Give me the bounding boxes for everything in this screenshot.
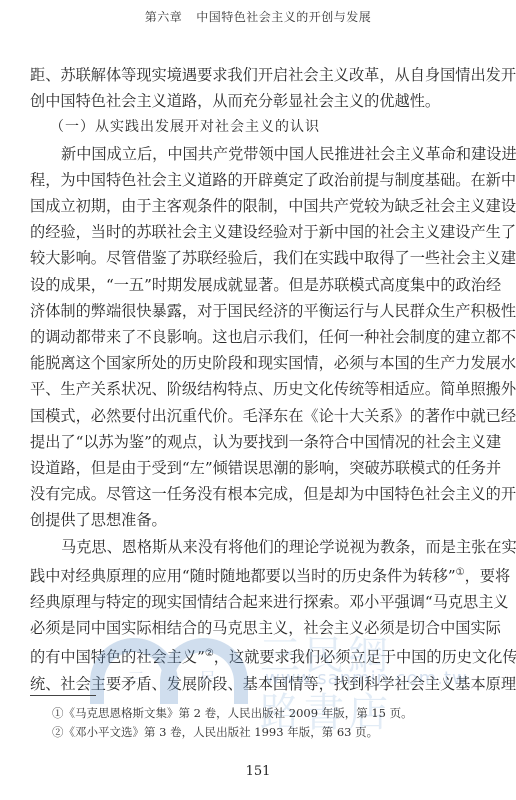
text-line: 较大影响。尽管借鉴了苏联经验后，我们在实践中取得了一些社会主义建 bbox=[30, 245, 480, 271]
text-line: 的有中国特色的社会主义”②，这就要求我们必须立足于中国的历史文化传 bbox=[30, 641, 480, 670]
text-run: 的有中国特色的社会主义” bbox=[30, 648, 205, 666]
chapter-title: 中国特色社会主义的开创与发展 bbox=[196, 10, 371, 24]
paragraph-1: 距、苏联解体等现实境遇要求我们开启社会主义改革，从自身国情出发开 创中国特色社会… bbox=[30, 62, 480, 114]
footnotes: ①《马克思恩格斯文集》第 2 卷，人民出版社 2009 年版，第 15 页。 ②… bbox=[52, 704, 413, 742]
text-line: 的经验，当时的苏联社会主义建设经验对于新中国的社会主义建设产生了 bbox=[30, 219, 480, 245]
footnote-2: ②《邓小平文选》第 3 卷，人民出版社 1993 年版，第 63 页。 bbox=[52, 723, 413, 742]
text-line: 能脱离这个国家所处的历史阶段和现实国情，必须与本国的生产力发展水 bbox=[30, 350, 480, 376]
text-line: 设的成果，“一五”时期发展成就显著。但是苏联模式高度集中的政治经 bbox=[30, 272, 480, 298]
body-text: 距、苏联解体等现实境遇要求我们开启社会主义改革，从自身国情出发开 创中国特色社会… bbox=[30, 62, 480, 697]
text-line: 统、社会主要矛盾、发展阶段、基本国情等，找到科学社会主义基本原理 bbox=[30, 671, 480, 697]
text-line: 必须是同中国实际相结合的马克思主义，社会主义必须是切合中国实际 bbox=[30, 615, 480, 641]
footnote-ref-1[interactable]: ① bbox=[456, 567, 465, 578]
text-line: 马克思、恩格斯从来没有将他们的理论学说视为教条，而是主张在实 bbox=[30, 534, 480, 560]
text-line: 经典原理与特定的现实国情结合起来进行探索。邓小平强调“马克思主义 bbox=[30, 589, 480, 615]
footnote-ref-2[interactable]: ② bbox=[205, 648, 214, 659]
text-line: 的调动都带来了不良影响。这也启示我们，任何一种社会制度的建立都不 bbox=[30, 324, 480, 350]
text-line: 创中国特色社会主义道路，从而充分彰显社会主义的优越性。 bbox=[30, 88, 480, 114]
text-line: 新中国成立后，中国共产党带领中国人民推进社会主义革命和建设进 bbox=[30, 141, 480, 167]
text-line: 践中对经典原理的应用“随时随地都要以当时的历史条件为转移”①，要将 bbox=[30, 560, 480, 589]
text-run: ，要将 bbox=[465, 567, 511, 585]
paragraph-3: 马克思、恩格斯从来没有将他们的理论学说视为教条，而是主张在实 践中对经典原理的应… bbox=[30, 534, 480, 697]
text-line: 国模式，必然要付出沉重代价。毛泽东在《论十大关系》的著作中就已经 bbox=[30, 403, 480, 429]
running-header: 第六章中国特色社会主义的开创与发展 bbox=[0, 8, 516, 25]
text-run: 践中对经典原理的应用“随时随地都要以当时的历史条件为转移” bbox=[30, 567, 456, 585]
text-line: 没有完成。尽管这一任务没有根本完成，但是却为中国特色社会主义的开 bbox=[30, 481, 480, 507]
page-number: 151 bbox=[0, 764, 516, 779]
text-line: 创提供了思想准备。 bbox=[30, 507, 480, 533]
text-line: 国成立初期，由于主客观条件的限制，中国共产党较为缺乏社会主义建设 bbox=[30, 193, 480, 219]
text-line: 平、生产关系状况、阶级结构特点、历史文化传统等相适应。简单照搬外 bbox=[30, 376, 480, 402]
chapter-label: 第六章 bbox=[145, 10, 183, 24]
section-subheading: （一）从实践出发展开对社会主义的认识 bbox=[30, 114, 480, 140]
footnote-rule bbox=[30, 695, 96, 696]
text-line: 距、苏联解体等现实境遇要求我们开启社会主义改革，从自身国情出发开 bbox=[30, 62, 480, 88]
paragraph-2: 新中国成立后，中国共产党带领中国人民推进社会主义革命和建设进 程，为中国特色社会… bbox=[30, 141, 480, 534]
text-line: 提出了“以苏为鉴”的观点，认为要找到一条符合中国情况的社会主义建 bbox=[30, 429, 480, 455]
text-run: ，这就要求我们必须立足于中国的历史文化传 bbox=[214, 648, 516, 666]
text-line: 设道路，但是由于受到“左”倾错误思潮的影响，突破苏联模式的任务并 bbox=[30, 455, 480, 481]
text-line: 程，为中国特色社会主义道路的开辟奠定了政治前提与制度基础。在新中 bbox=[30, 167, 480, 193]
footnote-1: ①《马克思恩格斯文集》第 2 卷，人民出版社 2009 年版，第 15 页。 bbox=[52, 704, 413, 723]
text-line: 济体制的弊端很快暴露，对于国民经济的平衡运行与人民群众生产积极性 bbox=[30, 298, 480, 324]
